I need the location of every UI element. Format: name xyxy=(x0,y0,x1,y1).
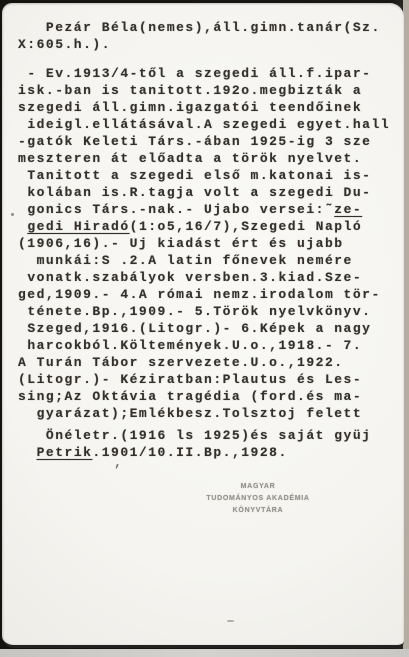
stray-typed-mark: , xyxy=(114,455,122,470)
scanner-bed-strip xyxy=(0,649,409,657)
paper-speck xyxy=(11,213,14,216)
text-line: A Turán Tábor szervezete.U.o.,1922. xyxy=(18,354,404,371)
text-line: ged,1909.- 4.A római nemz.irodalom tör- xyxy=(18,286,404,303)
stamp-line-2: TUDOMÁNYOS AKADÉMIA xyxy=(188,493,328,505)
text-line: Önéletr.(1916 ls 1925)és saját gyüj xyxy=(18,427,404,444)
text-line: isk.-ban is tanitott.192o.megbizták a xyxy=(18,82,404,99)
stamp-line-1: MAGYAR xyxy=(188,481,328,493)
text-line: ideigl.ellátásával.A szegedi egyet.hall xyxy=(18,116,404,133)
text-line: ténete.Bp.,1909.- 5.Török nyelvkönyv. xyxy=(18,303,404,320)
text-line: -gatók Keleti Társ.-ában 1925-ig 3 sze xyxy=(18,133,404,150)
text-line: (Litogr.)- Kéziratban:Plautus és Les- xyxy=(18,371,404,388)
text-line: Tanitott a szegedi első m.katonai is- xyxy=(18,167,404,184)
stamp-line-3: KÖNYVTÁRA xyxy=(188,505,328,517)
index-card: Pezár Béla(nemes),áll.gimn.tanár(Sz.X:60… xyxy=(2,3,404,648)
text-line: (1906,16).- Uj kiadást ért és ujabb xyxy=(18,235,404,252)
text-line: Petrik.1901/10.II.Bp.,1928. xyxy=(18,444,404,461)
text-line: szegedi áll.gimn.igazgatói teendőinek xyxy=(18,99,404,116)
text-line: vonatk.szabályok versben.3.kiad.Sze- xyxy=(18,269,404,286)
text-line: Pezár Béla(nemes),áll.gimn.tanár(Sz. xyxy=(18,19,404,36)
text-line: sing;Az Oktávia tragédia (ford.és ma- xyxy=(18,388,404,405)
typewritten-text-block: Pezár Béla(nemes),áll.gimn.tanár(Sz.X:60… xyxy=(18,19,404,461)
scanned-card-photo: Pezár Béla(nemes),áll.gimn.tanár(Sz.X:60… xyxy=(0,0,409,657)
text-line: - Ev.1913/4-től a szegedi áll.f.ipar- xyxy=(18,65,404,82)
text-line: munkái:S .2.A latin főnevek nemére xyxy=(18,252,404,269)
scan-speck xyxy=(227,620,234,622)
text-line: X:605.h.). xyxy=(18,36,404,53)
library-stamp: MAGYAR TUDOMÁNYOS AKADÉMIA KÖNYVTÁRA xyxy=(188,481,328,517)
text-line: meszteren át előadta a török nyelvet. xyxy=(18,150,404,167)
text-line: kolában is.R.tagja volt a szegedi Du- xyxy=(18,184,404,201)
text-line: Szeged,1916.(Litogr.)- 6.Képek a nagy xyxy=(18,320,404,337)
text-line: gyarázat);Emlékbesz.Tolsztoj felett xyxy=(18,405,404,422)
text-line: harcokból.Költemények.U.o.,1918.- 7. xyxy=(18,337,404,354)
text-line: gonics Társ.-nak.- Ujabo versei:˜ze- xyxy=(18,201,404,218)
text-line: gedi Hiradó(1:o5,16/7),Szegedi Napló xyxy=(18,218,404,235)
